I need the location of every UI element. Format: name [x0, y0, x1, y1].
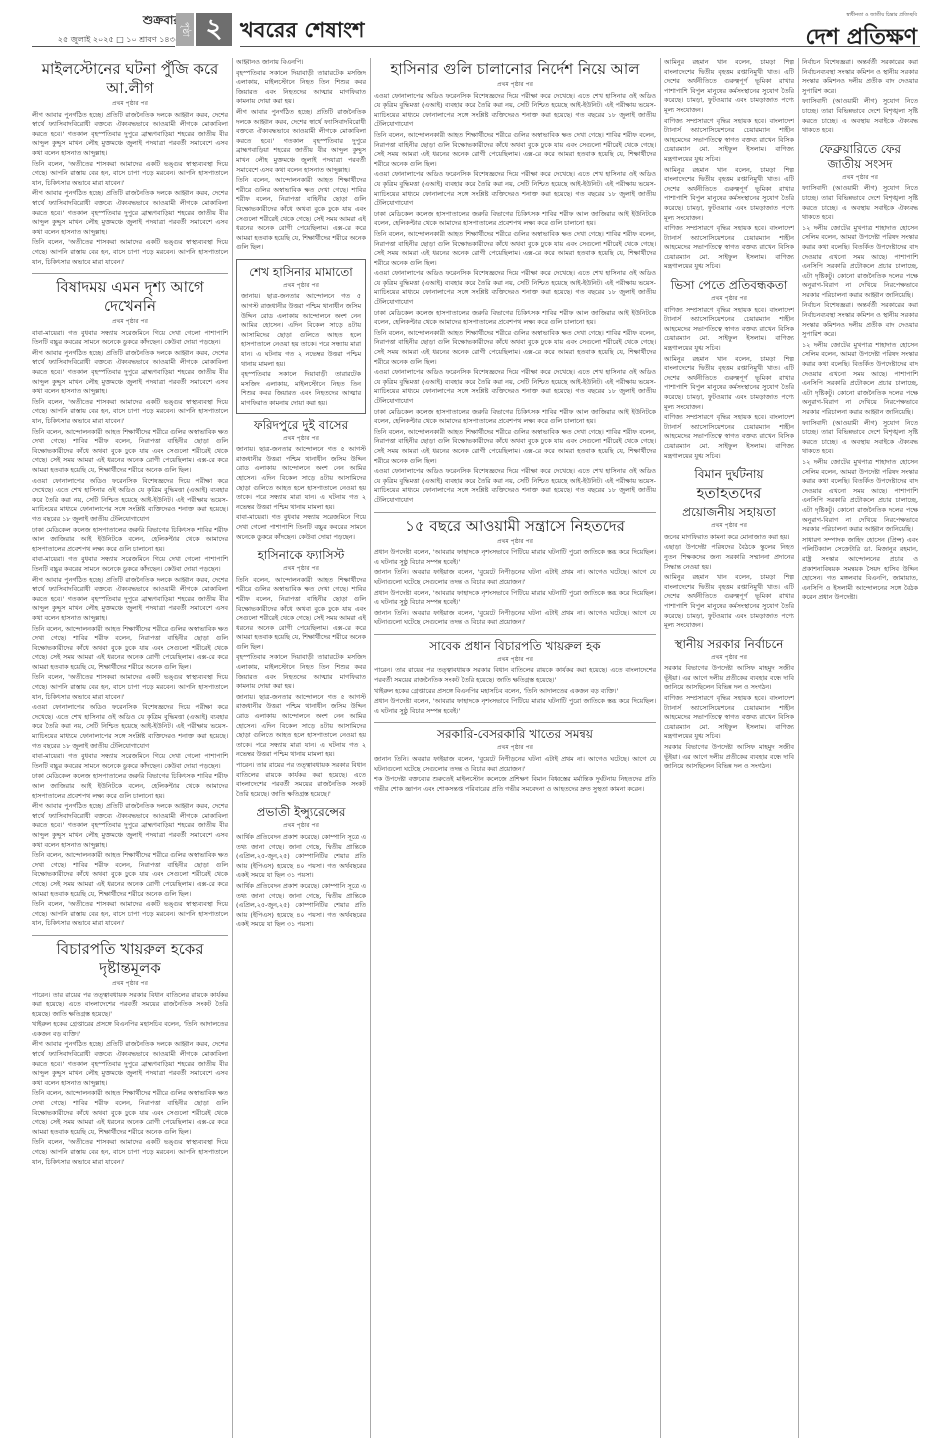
story-bishadmoy: বিষাদময় এমন দৃশ্য আগে দেখেননি প্রথম পৃষ…: [32, 278, 228, 929]
headline-milestone[interactable]: মাইলস্টোনের ঘটনা পুঁজি করে আ.লীগ: [32, 60, 228, 98]
story-probhati: প্রভাতী ইন্স্যুরেন্সের প্রথম পৃষ্ঠার পর …: [236, 805, 366, 930]
paragraph: জনের মাগফিরাত কামনা করে মোনাজাত করা হয়।: [664, 533, 794, 543]
paragraph: আমিনুর রহমান খান বলেন, চামড়া শিল্প বাংল…: [664, 166, 794, 224]
divider: [374, 512, 656, 513]
jump-label: প্রথম পৃষ্ঠার পর: [664, 653, 794, 663]
paragraph: তিনি বলেন, আন্দোলনকারী আহত শিক্ষার্থীদের…: [236, 576, 366, 653]
paragraph: তিনি বলেন, আন্দোলনকারী আহত শিক্ষার্থীদের…: [32, 851, 228, 899]
paragraph: খাইরুল হকের গ্রেপ্তারের প্রসঙ্গে বিএনপির…: [374, 687, 656, 697]
paragraph: বাবা-মায়েরা। গত বুধবার সন্ধ্যায় সরেজমি…: [32, 555, 228, 574]
column-2: আহ্বানও জানায় বিএনপি। বৃহস্পতিবার সকালে…: [236, 58, 366, 1443]
paragraph: তিনি বলেন, 'অতীতের শাসকরা আমাদের একটি ভঙ…: [32, 673, 228, 702]
headline-biman-2[interactable]: হতাহতদের: [664, 484, 794, 503]
jump-label: প্রথম পৃষ্ঠার পর: [236, 434, 366, 444]
paragraph: আমিনুর রহমান খান বলেন, চামড়া শিল্প বাংল…: [664, 355, 794, 413]
paragraph: এওয়া ফোনালাপের অডিও ফরেনসিক বিশেষজ্ঞদের…: [374, 368, 656, 406]
column-rule: [660, 58, 661, 1438]
story-biman: বিমান দুর্ঘটনায় হতাহতদের প্রয়োজনীয় সহ…: [664, 467, 794, 631]
paragraph: ঢাকা মেডিকেল কলেজ হাসপাতালের জরুরি বিভাগ…: [374, 408, 656, 427]
headline-biman-3[interactable]: প্রয়োজনীয় সহায়তা: [664, 505, 794, 520]
jump-label: প্রথম পৃষ্ঠার পর: [374, 655, 656, 665]
paragraph: এওয়া ফোনালাপের অডিও ফরেনসিক বিশেষজ্ঞদের…: [374, 269, 656, 307]
paragraph: লীগ আবার পুনর্গঠিত হচ্ছে। প্রতিটি রাজনৈত…: [236, 108, 366, 175]
headline-february[interactable]: ফেব্রুয়ারিতে ফের জাতীয় সংসদ: [802, 142, 918, 172]
paragraph: তিনি বলেন, 'অতীতের শাসকরা আমাদের একটি ভঙ…: [32, 398, 228, 427]
paragraph: সরকার বিভাগের উপদেষ্টা আসিফ মাহমুদ সজীব …: [664, 743, 794, 772]
paragraph: তিনি বলেন, আন্দোলনকারী আহত শিক্ষার্থীদের…: [32, 1089, 228, 1137]
paragraph: বাণিজ্য সম্প্রসারণে বৃদ্ধির সহায়ক হবে। …: [664, 306, 794, 354]
paragraph: বৃহস্পতিবার সকালে দিয়াবাড়ী তারারটেক মস…: [236, 653, 366, 691]
paragraph: শক উপদেষ্টা বক্তব্যের শুরুতেই মাইলস্টোন …: [374, 775, 656, 794]
paragraph: সরকার বিভাগের উপদেষ্টা আসিফ মাহমুদ সজীব …: [664, 664, 794, 693]
headline-bishadmoy[interactable]: বিষাদময় এমন দৃশ্য আগে দেখেননি: [32, 278, 228, 316]
story-february-intro: নির্বাচন বিশেষজ্ঞরা। অন্তর্বর্তী সরকারের…: [802, 58, 918, 136]
headline-awami-15[interactable]: ১৫ বছরে আওয়ামী সন্ত্রাসে নিহতদের: [374, 517, 656, 536]
paragraph: তিনি বলেন, আন্দোলনকারী আহত শিক্ষার্থীদের…: [236, 176, 366, 253]
headline-khairul-former[interactable]: সাবেক প্রধান বিচারপতি খায়রুল হক: [374, 639, 656, 654]
paragraph: বাবা-মায়েরা। গত বুধবার সন্ধ্যায় সরেজমি…: [236, 513, 366, 542]
paragraph: প্রধান উপদেষ্টা বলেন, 'আবরার ফাহাদকে নৃশ…: [374, 697, 656, 716]
story-khairul: বিচারপতি খায়রুল হকের দৃষ্টান্তমূলক প্রথ…: [32, 940, 228, 1167]
paragraph: বৃহস্পতিবার সকালে দিয়াবাড়ী তারারটেক মস…: [241, 370, 361, 408]
headline-sarkari[interactable]: সরকারি-বেসরকারি খাতের সমন্বয়: [374, 727, 656, 742]
page-number: ২: [196, 13, 232, 46]
story-milestone: মাইলস্টোনের ঘটনা পুঁজি করে আ.লীগ প্রথম প…: [32, 60, 228, 267]
story-mama-box: শেখ হাসিনার মামাতো প্রথম পৃষ্ঠার পর জানা…: [236, 259, 366, 414]
story-sthaniyo: স্থানীয় সরকার নির্বাচনে প্রথম পৃষ্ঠার প…: [664, 637, 794, 772]
paragraph: নির্বাচন বিশেষজ্ঞরা। অন্তর্বর্তী সরকারের…: [802, 58, 918, 96]
paragraph: ঢাকা মেডিকেল কলেজ হাসপাতালের জরুরি বিভাগ…: [32, 526, 228, 555]
column-5: নির্বাচন বিশেষজ্ঞরা। অন্তর্বর্তী সরকারের…: [802, 58, 918, 1443]
paragraph: জানান তিনি। অবরার ফাইয়াজ বলেন, 'বুয়েটে…: [374, 609, 656, 628]
divider: [374, 722, 656, 723]
headline-faridpur[interactable]: ফরিদপুরে দুই বাসের: [236, 418, 366, 433]
paragraph: আহ্বানও জানায় বিএনপি।: [236, 58, 366, 68]
paragraph: তিনি বলেন, 'অতীতের শাসকরা আমাদের একটি ভঙ…: [32, 238, 228, 267]
jump-label: প্রথম পৃষ্ঠার পর: [374, 743, 656, 753]
paragraph: জানায়। ছাত্র-জনতার আন্দোলনে গত ৫ আগস্ট …: [236, 693, 366, 760]
jump-label: প্রথম পৃষ্ঠার পর: [802, 173, 918, 183]
headline-probhati[interactable]: প্রভাতী ইন্স্যুরেন্সের: [236, 805, 366, 820]
headline-mama[interactable]: শেখ হাসিনার মামাতো: [241, 265, 361, 280]
story-hasina-fascist: হাসিনাকে ফ্যাসিস্ট প্রথম পৃষ্ঠার পর তিনি…: [236, 548, 366, 799]
story-faridpur: ফরিদপুরে দুই বাসের প্রথম পৃষ্ঠার পর জানা…: [236, 418, 366, 543]
paragraph: তিনি বলেন, আন্দোলনকারী আহত শিক্ষার্থীদের…: [32, 428, 228, 476]
paragraph: এওয়া ফোনালাপের অডিও ফরেনসিক বিশেষজ্ঞদের…: [32, 477, 228, 525]
newspaper-logo: দেশ প্রতিক্ষণ: [805, 20, 917, 57]
paragraph: তিনি বলেন, আন্দোলনকারী আহত শিক্ষার্থীদের…: [374, 131, 656, 169]
paragraph: লীগ আবার পুনর্গঠিত হচ্ছে। প্রতিটি রাজনৈত…: [32, 349, 228, 397]
jump-label: প্রথম পৃষ্ঠার পর: [241, 281, 361, 291]
paragraph: তিনি বলেন, আন্দোলনকারী আহত শিক্ষার্থীদের…: [374, 428, 656, 466]
paragraph: খাইরুল হকের গ্রেপ্তারের প্রসঙ্গে বিএনপির…: [32, 1020, 228, 1039]
paragraph: বাবা-মায়েরা। গত বুধবার সন্ধ্যায় সরেজমি…: [32, 752, 228, 771]
paragraph: ১২ দলীয় জোটের মুখপাত্র শাহাদাত হোসেন সে…: [802, 341, 918, 418]
paragraph: ফ্যাসিবাদী (আওয়ামী লীগ) সুযোগ নিতে চাচ্…: [802, 184, 918, 222]
paragraph: লীগ আবার পুনর্গঠিত হচ্ছে। প্রতিটি রাজনৈত…: [32, 111, 228, 159]
paragraph: এওয়া ফোনালাপের অডিও ফরেনসিক বিশেষজ্ঞদের…: [374, 467, 656, 505]
paragraph: আর্থিক প্রতিবেদন প্রকাশ করেছে। কোম্পানি …: [236, 882, 366, 930]
paragraph: পারেন। তার রায়ের পর তত্ত্বাবধায়ক সরকার…: [236, 761, 366, 799]
column-rule: [798, 58, 799, 1438]
jump-label: প্রথম পৃষ্ঠার পর: [32, 317, 228, 327]
paragraph: বাণিজ্য সম্প্রসারণে বৃদ্ধির সহায়ক হবে। …: [664, 694, 794, 742]
page-label: পৃষ্ঠা: [176, 13, 194, 46]
story-visa: ভিসা পেতে প্রতিবন্ধকতা প্রথম পৃষ্ঠার পর …: [664, 278, 794, 461]
paragraph: বাবা-মায়েরা। গত বুধবার সন্ধ্যায় সরেজমি…: [32, 329, 228, 348]
paragraph: ১২ দলীয় জোটের মুখপাত্র শাহাদাত হোসেন সে…: [802, 458, 918, 535]
paragraph: লীগ আবার পুনর্গঠিত হচ্ছে। প্রতিটি রাজনৈত…: [32, 576, 228, 624]
paragraph: এওয়া ফোনালাপের অডিও ফরেনসিক বিশেষজ্ঞদের…: [374, 170, 656, 208]
story-tribute: আহ্বানও জানায় বিএনপি। বৃহস্পতিবার সকালে…: [236, 58, 366, 253]
story-awami-15: ১৫ বছরে আওয়ামী সন্ত্রাসে নিহতদের প্রথম …: [374, 517, 656, 628]
divider: [374, 634, 656, 635]
headline-hasina-guli[interactable]: হাসিনার গুলি চালানোর নির্দেশ নিয়ে আল: [374, 60, 656, 79]
headline-hasina-fascist[interactable]: হাসিনাকে ফ্যাসিস্ট: [236, 548, 366, 563]
paragraph: ঢাকা মেডিকেল কলেজ হাসপাতালের জরুরি বিভাগ…: [32, 772, 228, 801]
paragraph: তিনি বলেন, 'অতীতের শাসকরা আমাদের একটি ভঙ…: [32, 1138, 228, 1167]
paragraph: ফ্যাসিবাদী (আওয়ামী লীগ) সুযোগ নিতে চাচ্…: [802, 419, 918, 457]
paragraph: জানান তিনি। অবরার ফাইয়াজ বলেন, 'বুয়েটে…: [374, 755, 656, 774]
paragraph: তিনি বলেন, আন্দোলনকারী আহত শিক্ষার্থীদের…: [374, 230, 656, 268]
paragraph: লীগ আবার পুনর্গঠিত হচ্ছে। প্রতিটি রাজনৈত…: [32, 1040, 228, 1088]
paragraph: প্রধান উপদেষ্টা বলেন, 'আবরার ফাহাদকে নৃশ…: [374, 589, 656, 608]
paragraph: সাধারণ সম্পাদক জাহিদ হোসেন (প্রিন্স) এবং…: [802, 536, 918, 603]
paragraph: জানায়। ছাত্র-জনতার আন্দোলনে গত ৫ আগস্ট …: [241, 292, 361, 369]
paragraph: পারেন। তার রায়ের পর তত্ত্বাবধায়ক সরকার…: [32, 991, 228, 1020]
logo-tagline: স্বাধীনতা ও জাতীয় চিন্তার প্রতিচ্ছবি: [805, 12, 917, 20]
headline-visa[interactable]: ভিসা পেতে প্রতিবন্ধকতা: [664, 278, 794, 293]
paragraph: ১২ দলীয় জোটের মুখপাত্র শাহাদাত হোসেন সে…: [802, 224, 918, 301]
paragraph: তিনি বলেন, 'অতীতের শাসকরা আমাদের একটি ভঙ…: [32, 160, 228, 189]
story-sarkari: সরকারি-বেসরকারি খাতের সমন্বয় প্রথম পৃষ্…: [374, 727, 656, 794]
paragraph: ফ্যাসিবাদী (আওয়ামী লীগ) সুযোগ নিতে চাচ্…: [802, 97, 918, 135]
paragraph: পারেন। তার রায়ের পর তত্ত্বাবধায়ক সরকার…: [374, 666, 656, 685]
paragraph: লীগ আবার পুনর্গঠিত হচ্ছে। প্রতিটি রাজনৈত…: [32, 802, 228, 850]
divider: [32, 935, 228, 936]
issue-day: শুক্রবার: [30, 12, 180, 32]
issue-date-block: শুক্রবার ২৫ জুলাই ২০২৫ □ ১০ শ্রাবণ ১৪৩২: [30, 12, 180, 47]
jump-label: প্রথম পৃষ্ঠার পর: [374, 80, 656, 90]
paragraph: বাণিজ্য সম্প্রসারণে বৃদ্ধির সহায়ক হবে। …: [664, 413, 794, 461]
paragraph: আমিনুর রহমান খান বলেন, চামড়া শিল্প বাংল…: [664, 573, 794, 631]
paragraph: জানান তিনি। অবরার ফাইয়াজ বলেন, 'বুয়েটে…: [374, 568, 656, 587]
headline-sthaniyo[interactable]: স্থানীয় সরকার নির্বাচনে: [664, 637, 794, 652]
paragraph: এওয়া ফোনালাপের অডিও ফরেনসিক বিশেষজ্ঞদের…: [374, 92, 656, 130]
column-rule: [370, 58, 371, 1438]
divider: [32, 273, 228, 274]
paragraph: তিনি বলেন, 'অতীতের শাসকরা আমাদের একটি ভঙ…: [32, 900, 228, 929]
story-hasina-guli: হাসিনার গুলি চালানোর নির্দেশ নিয়ে আল প্…: [374, 60, 656, 506]
paragraph: আমিনুর রহমান খান বলেন, চামড়া শিল্প বাংল…: [664, 58, 794, 116]
paragraph: ঢাকা মেডিকেল কলেজ হাসপাতালের জরুরি বিভাগ…: [374, 210, 656, 229]
headline-biman-1[interactable]: বিমান দুর্ঘটনায়: [664, 467, 794, 482]
column-1: মাইলস্টোনের ঘটনা পুঁজি করে আ.লীগ প্রথম প…: [32, 58, 228, 1443]
paragraph: লীগ আবার পুনর্গঠিত হচ্ছে। প্রতিটি রাজনৈত…: [32, 189, 228, 237]
paragraph: এওয়া ফোনালাপের অডিও ফরেনসিক বিশেষজ্ঞদের…: [32, 703, 228, 751]
column-4: আমিনুর রহমান খান বলেন, চামড়া শিল্প বাংল…: [664, 58, 794, 1443]
jump-label: প্রথম পৃষ্ঠার পর: [664, 294, 794, 304]
story-economy: আমিনুর রহমান খান বলেন, চামড়া শিল্প বাংল…: [664, 58, 794, 272]
paragraph: তিনি বলেন, আন্দোলনকারী আহত শিক্ষার্থীদের…: [374, 329, 656, 367]
column-rule: [232, 58, 233, 1438]
column-3: হাসিনার গুলি চালানোর নির্দেশ নিয়ে আল প্…: [374, 58, 656, 1443]
story-khairul-former: সাবেক প্রধান বিচারপতি খায়রুল হক প্রথম প…: [374, 639, 656, 717]
paragraph: জানায়। ছাত্র-জনতার আন্দোলনে গত ৫ আগস্ট …: [236, 445, 366, 512]
paragraph: এছাড়া উপদেষ্টা পরিষদের বৈঠকে স্কুলের নি…: [664, 543, 794, 572]
paragraph: আর্থিক প্রতিবেদন প্রকাশ করেছে। কোম্পানি …: [236, 833, 366, 881]
newspaper-logo-block: স্বাধীনতা ও জাতীয় চিন্তার প্রতিচ্ছবি দে…: [805, 12, 917, 57]
headline-khairul[interactable]: বিচারপতি খায়রুল হকের দৃষ্টান্তমূলক: [32, 940, 228, 978]
jump-label: প্রথম পৃষ্ঠার পর: [664, 521, 794, 531]
paragraph: বৃহস্পতিবার সকালে দিয়াবাড়ী তারারটেক মস…: [236, 69, 366, 107]
jump-label: প্রথম পৃষ্ঠার পর: [32, 99, 228, 109]
masthead: শুক্রবার ২৫ জুলাই ২০২৫ □ ১০ শ্রাবণ ১৪৩২ …: [0, 0, 945, 52]
jump-label: প্রথম পৃষ্ঠার পর: [236, 564, 366, 574]
paragraph: বাণিজ্য সম্প্রসারণে বৃদ্ধির সহায়ক হবে। …: [664, 117, 794, 165]
masthead-rule-left: [32, 46, 175, 47]
jump-label: প্রথম পৃষ্ঠার পর: [32, 979, 228, 989]
paragraph: নির্বাচন বিশেষজ্ঞরা। অন্তর্বর্তী সরকারের…: [802, 301, 918, 339]
story-february: ফেব্রুয়ারিতে ফের জাতীয় সংসদ প্রথম পৃষ্…: [802, 142, 918, 603]
section-title: খবরের শেষাংশ: [240, 14, 364, 49]
paragraph: বাণিজ্য সম্প্রসারণে বৃদ্ধির সহায়ক হবে। …: [664, 224, 794, 272]
paragraph: প্রধান উপদেষ্টা বলেন, 'আবরার ফাহাদকে নৃশ…: [374, 548, 656, 567]
jump-label: প্রথম পৃষ্ঠার পর: [236, 821, 366, 831]
jump-label: প্রথম পৃষ্ঠার পর: [374, 537, 656, 547]
paragraph: ঢাকা মেডিকেল কলেজ হাসপাতালের জরুরি বিভাগ…: [374, 309, 656, 328]
paragraph: তিনি বলেন, আন্দোলনকারী আহত শিক্ষার্থীদের…: [32, 625, 228, 673]
